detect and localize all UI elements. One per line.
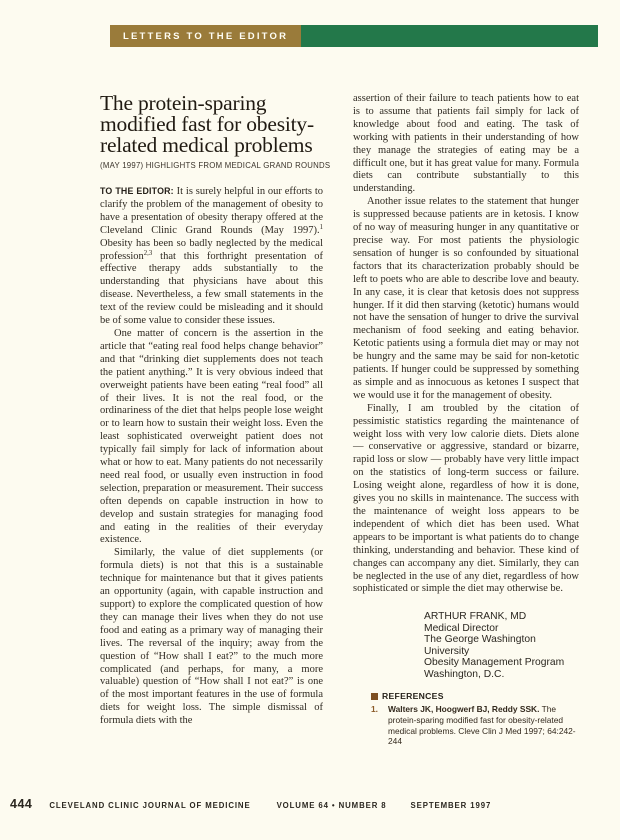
references-bullet-icon [371,693,378,700]
reference-item: 1. Walters JK, Hoogwerf BJ, Reddy SSK. T… [371,704,579,746]
article-subtitle: (MAY 1997) HIGHLIGHTS FROM MEDICAL GRAND… [100,161,323,170]
references-section: REFERENCES 1. Walters JK, Hoogwerf BJ, R… [353,691,579,746]
signature-title: Medical Director [424,623,579,635]
reference-authors: Walters JK, Hoogwerf BJ, Reddy SSK. [388,704,539,714]
letter-body: The protein-sparing modified fast for ob… [100,93,579,747]
left-column: The protein-sparing modified fast for ob… [100,93,323,747]
volume-number: VOLUME 64 • NUMBER 8 [277,801,387,810]
section-kicker-label: LETTERS TO THE EDITOR [110,25,301,47]
section-kicker-bar: LETTERS TO THE EDITOR [110,25,598,47]
issue-date: SEPTEMBER 1997 [411,801,492,810]
letter-paragraph-5: Another issue relates to the statement t… [353,196,579,403]
salutation: TO THE EDITOR: [100,186,174,196]
signature-organization: The George Washington University [424,634,579,657]
letter-paragraph-3: Similarly, the value of diet supplements… [100,547,323,728]
letter-paragraph-2: One matter of concern is the assertion i… [100,328,323,547]
journal-name: CLEVELAND CLINIC JOURNAL OF MEDICINE [49,801,250,810]
letter-paragraph-4: assertion of their failure to teach pati… [353,93,579,196]
article-title: The protein-sparing modified fast for ob… [100,93,323,156]
journal-page: LETTERS TO THE EDITOR The protein-sparin… [0,0,620,840]
letter-paragraph-1: TO THE EDITOR: It is surely helpful in o… [100,185,323,328]
letter-paragraph-6: Finally, I am troubled by the citation o… [353,403,579,597]
kicker-green-rule [301,25,598,47]
reference-citation: Walters JK, Hoogwerf BJ, Reddy SSK. The … [388,704,579,746]
signature-block: ARTHUR FRANK, MD Medical Director The Ge… [424,611,579,680]
page-footer: 444 CLEVELAND CLINIC JOURNAL OF MEDICINE… [10,797,610,811]
citation-superscript-1: 1 [320,224,323,231]
right-column: assertion of their failure to teach pati… [353,93,579,747]
reference-number: 1. [371,704,388,746]
signature-name: ARTHUR FRANK, MD [424,611,579,623]
signature-program: Obesity Management Program [424,657,579,669]
citation-superscript-2: 2,3 [144,250,153,257]
signature-location: Washington, D.C. [424,669,579,681]
page-number: 444 [10,797,32,811]
references-heading-label: REFERENCES [382,691,444,701]
references-heading: REFERENCES [371,691,579,701]
